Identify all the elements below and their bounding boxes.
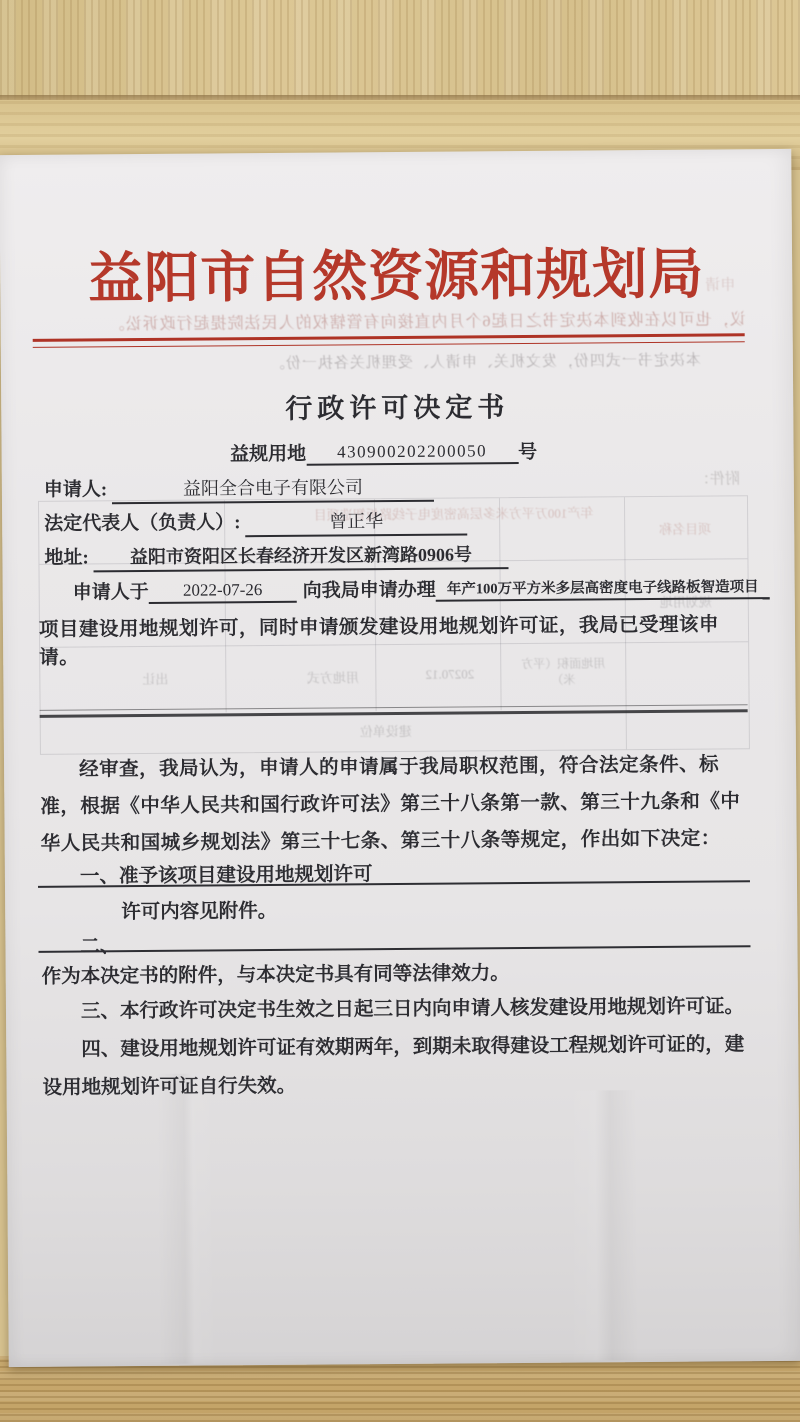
showthrough-cell-mode-label: 用地方式 [285,667,380,687]
header-rule-thick [33,333,745,342]
applied-on-label: 申请人于 [73,577,149,605]
document-number-line: 益规用地 430900202200050 号 [0,435,780,468]
applied-tail-line: 项目建设用地规划许可，同时申请颁发建设用地规划许可证，我局已受理该申请。 [39,608,751,670]
applied-on-row: 申请人于 2022-07-26 向我局申请办理 年产100万平方米多层高密度电子… [73,572,770,604]
doc-no-prefix: 益规用地 [230,439,306,467]
legal-rep-value: 曾正华 [245,506,467,537]
address-row: 地址: 益阳市资阳区长春经济开发区新湾路0906号 [44,539,508,573]
decision-body-paragraph: 经审查，我局认为，申请人的申请属于我局职权范围，符合法定条件、标准，根据《中华人… [40,746,753,863]
showthrough-cell-bottom: 建设单位 [331,721,441,741]
applied-on-date: 2022-07-26 [149,580,297,604]
applicant-value: 益阳全合电子有限公司 [112,473,434,505]
applicant-label: 申请人: [44,479,107,500]
applicant-row: 申请人: 益阳全合电子有限公司 [44,472,434,505]
doc-no-suffix: 号 [518,437,537,464]
showthrough-attachment-label: 附件： [650,467,740,489]
paper-crease [567,1090,639,1361]
wood-panel-top [0,0,800,100]
decision-item-2: 二、 [41,925,753,959]
address-label: 地址: [44,547,88,568]
header-rule-thin [33,341,745,348]
showthrough-copies-line: 本决定书一式四份，发文机关、申请人、受理机关各执一份。 [61,349,701,375]
showthrough-appeal-line: 议，也可以在收到本决定书之日起6个月内直接向有管辖权的人民法院提起行政诉讼。 [30,306,745,335]
decision-item-1-note: 许可内容见附件。 [41,891,753,925]
document-title: 行政许可决定书 [1,383,793,428]
showthrough-table-border [499,498,502,710]
doc-no-number: 430900202200050 [306,441,518,466]
address-value: 益阳市资阳区长春经济开发区新湾路0906号 [93,540,508,572]
showthrough-fragment: 申请 [655,273,735,295]
decision-item-4: 四、建设用地规划许可证有效期两年，到期未取得建设工程规划许可证的，建设用地规划许… [42,1026,755,1108]
document-page: 益阳市自然资源和规划局 申请 议，也可以在收到本决定书之日起6个月内直接向有管辖… [0,149,800,1367]
showthrough-cell-project-label: 项目名称 [635,518,735,538]
applied-mid-label: 向我局申请办理 [297,575,436,603]
project-name-value: 年产100万平方米多层高密度电子线路板智造项目 [436,575,770,602]
decision-item-3: 三、本行政许可决定书生效之日起三日内向申请人核发建设用地规划许可证。 [42,990,754,1024]
legal-rep-label: 法定代表人（负责人）: [44,512,240,535]
agency-header-title: 益阳市自然资源和规划局 [0,229,792,314]
paper-crease [156,1073,218,1363]
decision-item-2-note: 作为本决定书的附件，与本决定书具有同等法律效力。 [42,955,754,989]
showthrough-cell-mode-value: 出让 [115,669,195,689]
showthrough-cell-area-value: 20270.12 [402,666,497,683]
legal-rep-row: 法定代表人（负责人）: 曾正华 [44,505,467,538]
